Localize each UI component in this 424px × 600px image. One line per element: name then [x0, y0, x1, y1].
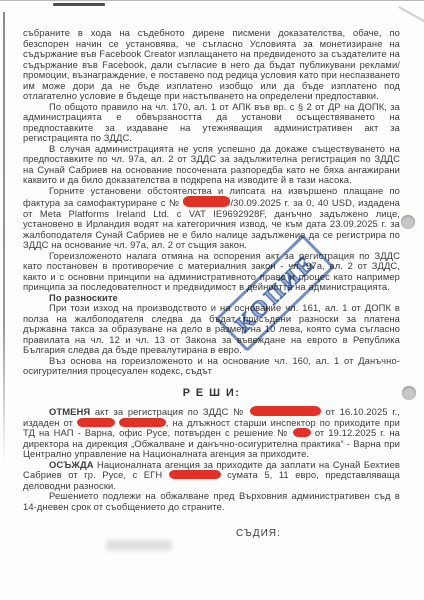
judge-signature-label: СЪДИЯ: [236, 528, 281, 539]
paragraph-evidence-facebook: събраните в хода на съдебното дирене пис… [23, 28, 400, 102]
paragraph-text: В случая администрацията не успя успешно… [23, 143, 400, 186]
scan-edge-artifact [53, 3, 105, 6]
paragraph-text: Решението подлежи на обжалване пред Върх… [23, 490, 400, 512]
redaction-mark-invoice-number [183, 196, 230, 207]
scan-edge-artifact [0, 0, 424, 1]
red-underlined-text: ства и [192, 185, 223, 197]
paragraph-text: По общото правило на чл. 170, ал. 1 от А… [23, 101, 400, 144]
paragraph-text: акт за регистрация по ЗДДС № [90, 406, 250, 417]
section-heading-text: По разноските [49, 292, 118, 303]
redaction-mark-act-number [250, 406, 321, 416]
paragraph-legal-basis: Въз основа на гореизложеното и на основа… [23, 356, 400, 377]
scan-edge-artifact [3, 12, 5, 462]
paragraph-appeal-notice: Решението подлежи на обжалване пред Върх… [23, 491, 400, 512]
paragraph-text: Горните установени обстоятел [49, 185, 192, 196]
paragraph-text: събраните в хода на съдебното дирене пис… [23, 27, 400, 101]
orders-keyword: ОСЪЖДА [49, 459, 94, 470]
scan-smudge-artifact [106, 540, 172, 551]
scanned-page: събраните в хода на съдебното дирене пис… [0, 0, 424, 600]
paragraph-annuls-act: ОТМЕНЯ акт за регистрация по ЗДДС № от 1… [23, 406, 400, 460]
paragraph-text: При този изход на производството и на ос… [23, 302, 400, 355]
paragraph-text: Въз основа на гореизложеното и на основа… [23, 355, 400, 377]
paragraph-text: Гореизложеното налага отмяна на оспорени… [23, 250, 400, 293]
redaction-mark-issuer-name [77, 418, 115, 427]
hole-punch-mark [402, 386, 416, 400]
paragraph-orders-payment: ОСЪЖДА Националната агенция за приходите… [23, 460, 400, 492]
paragraph-invoice-findings: Горните установени обстоятелства и липса… [23, 186, 400, 251]
scan-corner-artifact [398, 6, 424, 22]
court-decision-text: събраните в хода на съдебното дирене пис… [23, 28, 400, 512]
paragraph-administration-failed-proof: В случая администрацията не успя успешно… [23, 144, 400, 186]
annuls-keyword: ОТМЕНЯ [49, 406, 90, 417]
hole-punch-mark [401, 215, 415, 229]
paragraph-annulment-grounds: Гореизложеното налага отмяна на оспорени… [23, 251, 400, 293]
decision-heading-text: Р Е Ш И: [183, 387, 241, 399]
redaction-mark-egn [169, 470, 221, 479]
decision-heading: Р Е Ш И: [23, 388, 400, 399]
paragraph-costs-award: При този изход на производството и на ос… [23, 303, 400, 356]
redaction-mark-issuer-name [119, 418, 166, 427]
redaction-mark-decision-number [293, 428, 311, 437]
paragraph-apk-rule: По общото правило на чл. 170, ал. 1 от А… [23, 102, 400, 144]
